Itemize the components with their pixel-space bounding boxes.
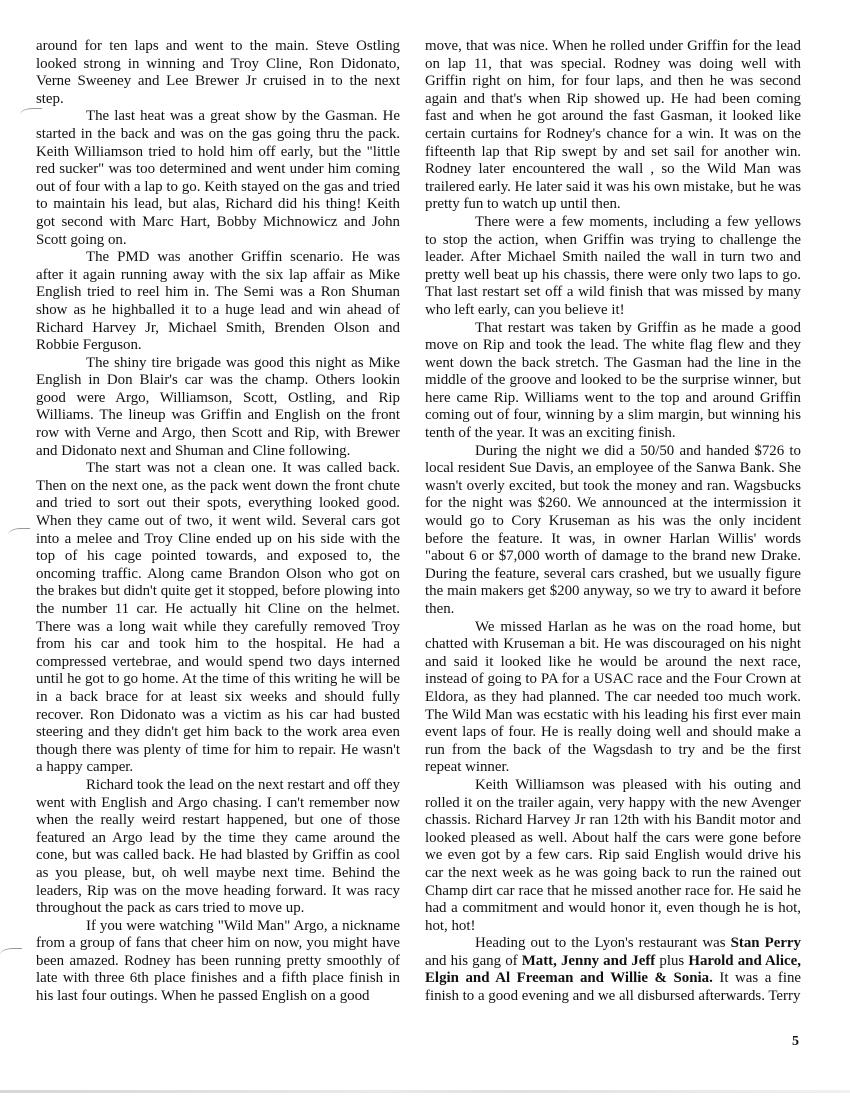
paragraph: around for ten laps and went to the main… [36, 38, 400, 108]
paragraph: The shiny tire brigade was good this nig… [36, 355, 400, 461]
paragraph: Richard took the lead on the next restar… [36, 777, 400, 918]
paragraph: During the night we did a 50/50 and hand… [425, 443, 801, 619]
margin-scan-mark [8, 528, 30, 539]
scan-edge-shadow [0, 1090, 850, 1093]
bold-name: Stan Perry [731, 935, 801, 951]
document-page: around for ten laps and went to the main… [0, 0, 850, 1100]
paragraph: If you were watching "Wild Man" Argo, a … [36, 918, 400, 1006]
text-segment: and his gang of [425, 953, 522, 969]
left-column: around for ten laps and went to the main… [36, 38, 400, 1006]
right-column: move, that was nice. When he rolled unde… [425, 38, 801, 1006]
text-segment: plus [655, 953, 688, 969]
paragraph: We missed Harlan as he was on the road h… [425, 619, 801, 777]
margin-scan-mark [0, 948, 22, 959]
paragraph: There were a few moments, including a fe… [425, 214, 801, 320]
bold-name: Matt, Jenny and Jeff [522, 953, 656, 969]
paragraph: The PMD was another Griffin scenario. He… [36, 249, 400, 355]
text-segment: Heading out to the Lyon's restaurant was [475, 935, 731, 951]
paragraph: The last heat was a great show by the Ga… [36, 108, 400, 249]
paragraph: That restart was taken by Griffin as he … [425, 320, 801, 443]
paragraph: move, that was nice. When he rolled unde… [425, 38, 801, 214]
paragraph: Keith Williamson was pleased with his ou… [425, 777, 801, 935]
paragraph: The start was not a clean one. It was ca… [36, 460, 400, 777]
final-paragraph: Heading out to the Lyon's restaurant was… [425, 935, 801, 1005]
page-number: 5 [792, 1034, 799, 1050]
margin-scan-mark [20, 108, 42, 119]
